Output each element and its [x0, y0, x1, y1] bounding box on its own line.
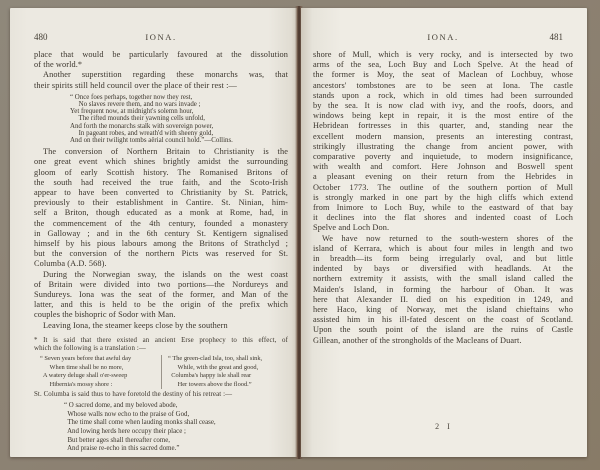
text-line: himself by his pious labours among the B…	[34, 239, 288, 249]
left-page-header: 480 IONA.	[10, 8, 297, 42]
text-line: The time shall come when lauding monks s…	[64, 419, 288, 428]
verse-quote: “ Once foes perhaps, together now they r…	[70, 94, 288, 144]
text-line: shore of Mull, which is very rocky, and …	[313, 50, 573, 60]
text-line: previously to their establishment in Can…	[34, 198, 288, 208]
text-line: The conversion of Northern Britain to Ch…	[34, 147, 288, 157]
text-line: * It is said that there existed an ancie…	[34, 337, 288, 346]
text-line: stands upon a rock, which in old times h…	[313, 91, 573, 101]
text-line: couples the bishopric of Sodor with Man.	[34, 310, 288, 320]
text-line: is strongly marked in one part by the hi…	[313, 193, 573, 203]
text-line: Maiden's Island, in forming the harbour …	[313, 285, 573, 295]
text-line: “ O sacred dome, and my beloved abode,	[64, 402, 288, 411]
text-line: latter, and this is held to be the origi…	[34, 300, 288, 310]
text-line: October 1773. The outline of the souther…	[313, 183, 573, 193]
text-line: from Inimore to Loch Buy, while to the e…	[313, 203, 573, 213]
right-page: IONA. 481 shore of Mull, which is very r…	[301, 8, 587, 457]
paragraph: shore of Mull, which is very rocky, and …	[313, 50, 573, 234]
signature-mark: 2 I	[301, 422, 587, 431]
left-page-body: place that would be particularly favoure…	[10, 42, 297, 454]
text-line: Upon the south point of the island are t…	[313, 325, 573, 335]
text-line: but the conversion of the northern Picts…	[34, 249, 288, 259]
text-line: by the sea. It is now clad with ivy, and…	[313, 101, 573, 111]
text-line: their spirits still held council over th…	[34, 81, 288, 91]
text-line: “ The green-clad Isla, too, shall sink,	[168, 355, 288, 364]
text-line: And forth the monarchs stalk with sovere…	[70, 123, 288, 130]
text-line: Another superstition regarding these mon…	[34, 70, 288, 80]
text-line: arms of the sea, Loch Buy and Loch Spelv…	[313, 60, 573, 70]
text-line: No slaves revere them, and no wars invad…	[70, 101, 288, 108]
text-line: Columba's happy isle shall rear	[168, 372, 288, 381]
footnote-verse: “ O sacred dome, and my beloved abode, W…	[64, 402, 288, 454]
text-line: of Britain were divided into two portion…	[34, 280, 288, 290]
text-line: the former is Moy, the seat of Maclean o…	[313, 70, 573, 80]
text-line: a pleasant evening on their return from …	[313, 172, 573, 182]
text-line: St. Columba is said thus to have foretol…	[34, 391, 288, 400]
text-line: self a Briton, though educated as a monk…	[34, 208, 288, 218]
text-line: it declines into the flat shores and ind…	[313, 213, 573, 223]
text-line: windows being kept in repair, it is the …	[313, 111, 573, 121]
text-line: here that Alexander II. died on his expe…	[313, 295, 573, 305]
text-line: island of Kerrara, which is about four m…	[313, 244, 573, 254]
text-line: Hibernia's mossy shore :	[40, 381, 161, 390]
page-number-right: 481	[550, 32, 574, 42]
text-line: with wealth and comfort. Here Johnson an…	[313, 162, 573, 172]
page-number-left: 480	[34, 32, 48, 42]
text-line: And on their twilight tombs aërial counc…	[70, 137, 288, 144]
text-line: place that would be particularly favoure…	[34, 50, 288, 60]
text-line: When time shall be no more,	[40, 364, 161, 373]
text-line: Yet frequent now, at midnight's solemn h…	[70, 108, 288, 115]
text-line: comparative poverty and inquietude, to m…	[313, 152, 573, 162]
text-line: “ Once foes perhaps, together now they r…	[70, 94, 288, 101]
text-line: The rifted mounds their yawning cells un…	[70, 115, 288, 122]
paragraph: Another superstition regarding these mon…	[34, 70, 288, 90]
text-line: Sundureys. Iona was the seat of the form…	[34, 290, 288, 300]
text-line: Gillean, another of the strongholds of t…	[313, 336, 573, 346]
text-line: We have now returned to the south-wester…	[313, 234, 573, 244]
text-line: here Haco, king of Norway, met the islan…	[313, 305, 573, 315]
text-line: which the following is a translation :—	[34, 345, 288, 354]
text-line: During the Norwegian sway, the islands o…	[34, 270, 288, 280]
left-page: 480 IONA. place that would be particular…	[10, 8, 297, 457]
footnote-column: “ Seven years before that awful day When…	[34, 355, 161, 389]
text-line: in Galloway ; and in the 6th century St.…	[34, 229, 288, 239]
text-line: Her towers above the flood.”	[168, 381, 288, 390]
book-scan: 480 IONA. place that would be particular…	[0, 0, 600, 470]
paragraph: During the Norwegian sway, the islands o…	[34, 270, 288, 321]
text-line: Leaving Iona, the steamer keeps close by…	[34, 321, 288, 331]
footnote-columns: “ Seven years before that awful day When…	[34, 355, 288, 389]
text-line: the south had received the true faith, a…	[34, 178, 288, 188]
paragraph: Leaving Iona, the steamer keeps close by…	[34, 321, 288, 331]
running-head-left: IONA.	[145, 32, 176, 42]
text-line: A watery deluge shall o'er-sweep	[40, 372, 161, 381]
right-page-body: shore of Mull, which is very rocky, and …	[301, 42, 587, 346]
paragraph: place that would be particularly favoure…	[34, 50, 288, 70]
text-line: strikingly illustrating the change from …	[313, 142, 573, 152]
text-line: of the world.*	[34, 60, 288, 70]
text-line: But better ages shall thereafter come,	[64, 437, 288, 446]
text-line: ancestors' tombstones are to be seen at …	[313, 81, 573, 91]
footnote-column: “ The green-clad Isla, too, shall sink, …	[161, 355, 288, 389]
running-head-right: IONA.	[427, 32, 458, 42]
text-line: Hebridean fortresses in this quarter, an…	[313, 121, 573, 131]
text-line: assisted him in his ill-fated descent on…	[313, 315, 573, 325]
paragraph: We have now returned to the south-wester…	[313, 234, 573, 346]
text-line: In pageant robes, and wreath'd with shee…	[70, 130, 288, 137]
text-line: gloom of early Scottish history. The Rom…	[34, 168, 288, 178]
text-line: While, with the great and good,	[168, 364, 288, 373]
footnote: St. Columba is said thus to have foretol…	[34, 391, 288, 400]
right-page-header: IONA. 481	[301, 8, 587, 42]
text-line: in breadth—its form being irregularly ov…	[313, 254, 573, 264]
footnote: * It is said that there existed an ancie…	[34, 337, 288, 354]
text-line: excellent modern mansion, presents an in…	[313, 132, 573, 142]
text-line: one great event which shines brightly am…	[34, 157, 288, 167]
text-line: appear to have been converted to Christi…	[34, 188, 288, 198]
text-line: And praise re-echo in this sacred dome.”	[64, 445, 288, 454]
text-line: Spelve and Loch Don.	[313, 223, 573, 233]
text-line: the commencement of the 4th century, fou…	[34, 219, 288, 229]
text-line: indented by bays or diversified with hea…	[313, 264, 573, 274]
text-line: Columba (A.D. 568).	[34, 259, 288, 269]
text-line: northern extremity it assists, with the …	[313, 274, 573, 284]
paragraph: The conversion of Northern Britain to Ch…	[34, 147, 288, 269]
text-line: Whose walls now echo to the praise of Go…	[64, 411, 288, 420]
text-line: “ Seven years before that awful day	[40, 355, 161, 364]
text-line: And lowing herds here occupy their place…	[64, 428, 288, 437]
